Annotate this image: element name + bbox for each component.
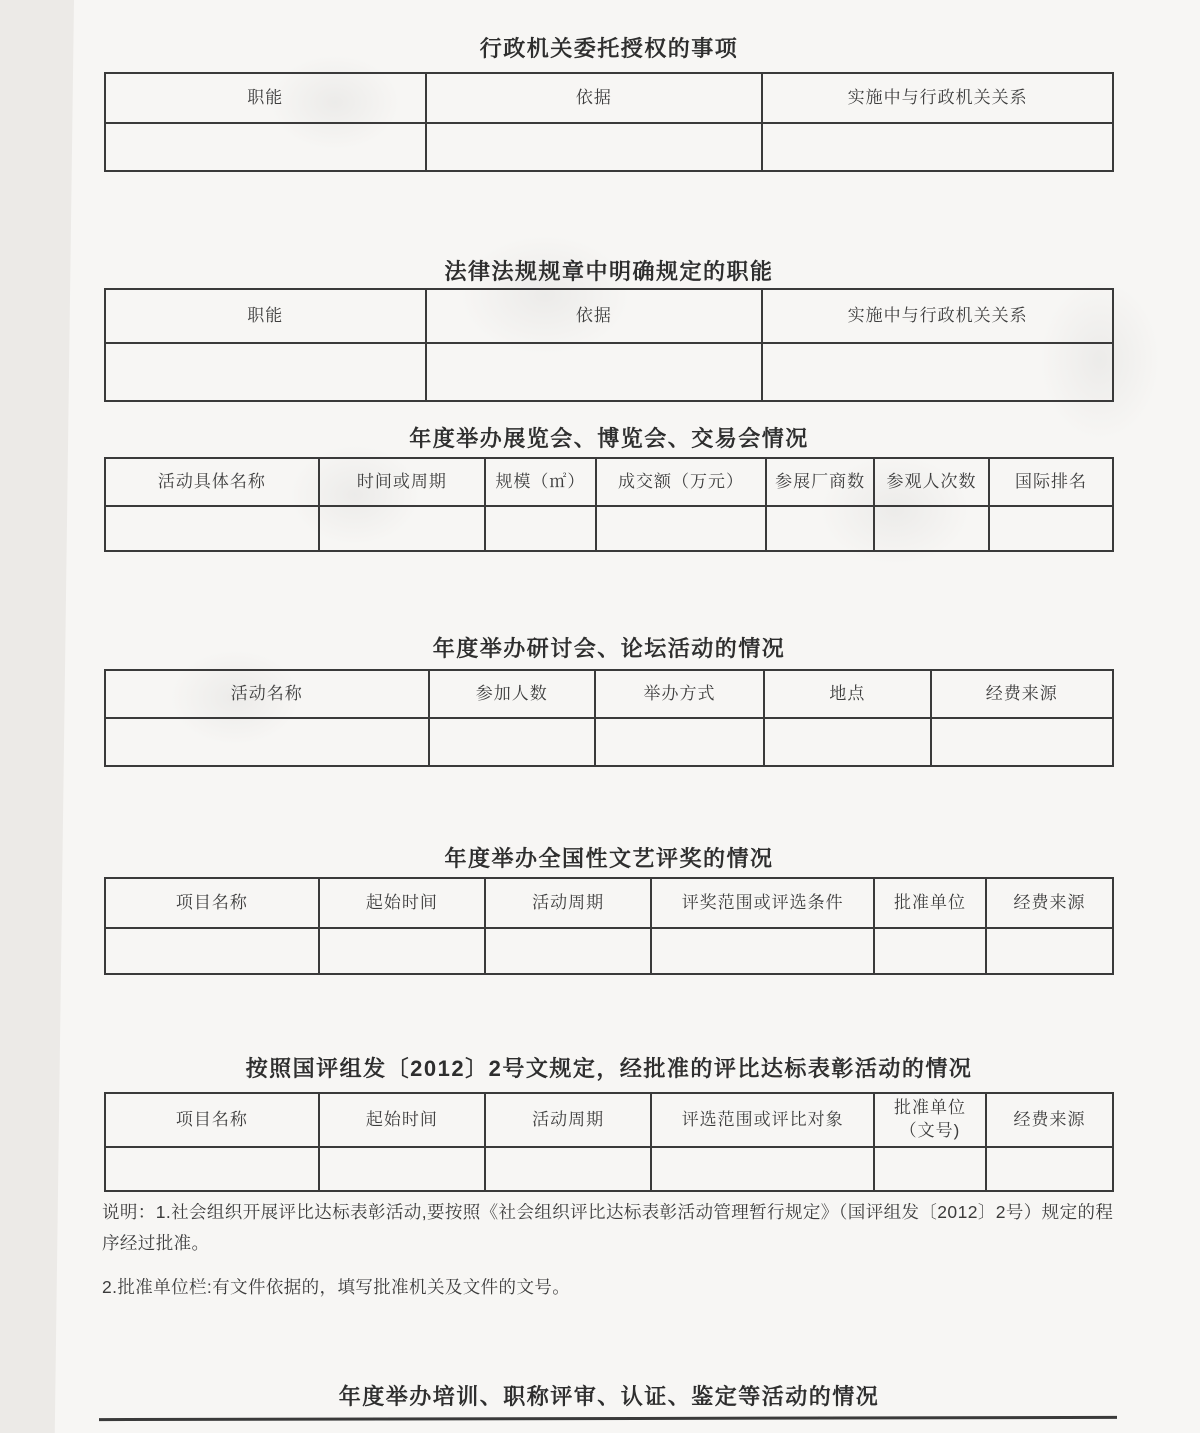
column-header: 经费来源 (931, 670, 1113, 718)
empty-cell (105, 1147, 319, 1191)
column-header: 活动周期 (485, 1093, 651, 1147)
empty-cell (651, 928, 874, 974)
column-header: 起始时间 (319, 878, 485, 928)
column-header: 起始时间 (319, 1093, 485, 1147)
empty-cell (319, 506, 485, 551)
empty-cell (105, 928, 319, 974)
empty-cell (485, 506, 596, 551)
column-header: 经费来源 (986, 878, 1113, 928)
column-header: 地点 (764, 670, 930, 718)
section-title-seminars-forums: 年度举办研讨会、论坛活动的情况 (104, 632, 1114, 663)
column-header: 批准单位 (874, 878, 986, 928)
empty-cell (986, 1147, 1113, 1191)
note-2: 2.批准单位栏:有文件依据的，填写批准机关及文件的文号。 (102, 1272, 1114, 1303)
column-header: 职能 (105, 289, 426, 343)
table-row (105, 928, 1113, 974)
section-title-statutory-functions: 法律法规规章中明确规定的职能 (104, 255, 1114, 286)
column-header: 实施中与行政机关关系 (762, 289, 1113, 343)
cutoff-table-top-border (99, 1416, 1117, 1421)
column-header: 实施中与行政机关关系 (762, 73, 1113, 123)
empty-cell (105, 718, 429, 766)
empty-cell (429, 718, 595, 766)
section-title-delegated-authority: 行政机关委托授权的事项 (104, 32, 1114, 63)
column-header: 评选范围或评比对象 (651, 1093, 874, 1147)
empty-cell (105, 506, 319, 551)
table-row (105, 343, 1113, 401)
column-header: 时间或周期 (319, 458, 485, 506)
empty-cell (319, 1147, 485, 1191)
table-row (105, 123, 1113, 171)
table-arts-awards: 项目名称 起始时间 活动周期 评奖范围或评选条件 批准单位 经费来源 (104, 877, 1114, 975)
section-title-arts-awards: 年度举办全国性文艺评奖的情况 (104, 842, 1114, 873)
empty-cell (766, 506, 874, 551)
column-header: 评奖范围或评选条件 (651, 878, 874, 928)
empty-cell (651, 1147, 874, 1191)
empty-cell (596, 506, 766, 551)
empty-cell (931, 718, 1113, 766)
table-row (105, 506, 1113, 551)
column-header: 规模（㎡） (485, 458, 596, 506)
column-header: 成交额（万元） (596, 458, 766, 506)
section-title-training-certification: 年度举办培训、职称评审、认证、鉴定等活动的情况 (104, 1380, 1114, 1411)
empty-cell (764, 718, 930, 766)
table-statutory-functions: 职能 依据 实施中与行政机关关系 (104, 288, 1114, 402)
section-title-commendation-activities: 按照国评组发〔2012〕2号文规定，经批准的评比达标表彰活动的情况 (104, 1052, 1114, 1083)
empty-cell (105, 343, 426, 401)
column-header: 项目名称 (105, 878, 319, 928)
column-header: 活动周期 (485, 878, 651, 928)
empty-cell (762, 343, 1113, 401)
column-header: 批准单位（文号) (874, 1093, 986, 1147)
column-header: 参观人次数 (874, 458, 989, 506)
column-header: 举办方式 (595, 670, 764, 718)
empty-cell (426, 123, 763, 171)
empty-cell (762, 123, 1113, 171)
scanned-form-page: { "document": { "sections": [ { "title":… (0, 0, 1200, 1433)
table-row (105, 718, 1113, 766)
empty-cell (874, 928, 986, 974)
column-header: 国际排名 (989, 458, 1113, 506)
empty-cell (986, 928, 1113, 974)
table-exhibitions: 活动具体名称 时间或周期 规模（㎡） 成交额（万元） 参展厂商数 参观人次数 国… (104, 457, 1114, 552)
column-header: 活动名称 (105, 670, 429, 718)
empty-cell (105, 123, 426, 171)
column-header: 依据 (426, 289, 763, 343)
scanner-background-edge (0, 0, 74, 1433)
empty-cell (426, 343, 763, 401)
empty-cell (874, 506, 989, 551)
table-row (105, 1147, 1113, 1191)
column-header: 活动具体名称 (105, 458, 319, 506)
section-title-exhibitions: 年度举办展览会、博览会、交易会情况 (104, 422, 1114, 453)
table-commendation-activities: 项目名称 起始时间 活动周期 评选范围或评比对象 批准单位（文号) 经费来源 (104, 1092, 1114, 1192)
notes-block: 说明：1.社会组织开展评比达标表彰活动,要按照《社会组织评比达标表彰活动管理暂行… (102, 1197, 1114, 1303)
column-header: 经费来源 (986, 1093, 1113, 1147)
column-header: 项目名称 (105, 1093, 319, 1147)
empty-cell (989, 506, 1113, 551)
empty-cell (595, 718, 764, 766)
form-page-content: 行政机关委托授权的事项 职能 依据 实施中与行政机关关系 法律法规规章中明确规定… (104, 0, 1114, 1433)
column-header: 参加人数 (429, 670, 595, 718)
empty-cell (485, 928, 651, 974)
column-header: 职能 (105, 73, 426, 123)
empty-cell (874, 1147, 986, 1191)
column-header: 参展厂商数 (766, 458, 874, 506)
column-header: 依据 (426, 73, 763, 123)
empty-cell (485, 1147, 651, 1191)
table-seminars-forums: 活动名称 参加人数 举办方式 地点 经费来源 (104, 669, 1114, 767)
empty-cell (319, 928, 485, 974)
table-delegated-authority: 职能 依据 实施中与行政机关关系 (104, 72, 1114, 172)
note-1: 说明：1.社会组织开展评比达标表彰活动,要按照《社会组织评比达标表彰活动管理暂行… (102, 1197, 1114, 1259)
